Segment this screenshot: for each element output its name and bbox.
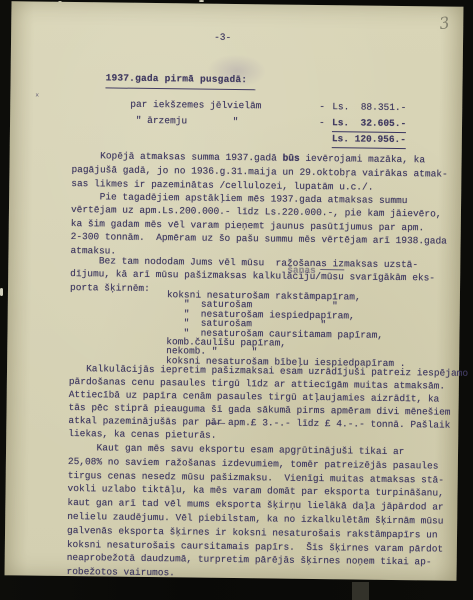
export-grades-list: koksni nesaturošam rakstāmpapīram, " sat…	[69, 289, 406, 368]
film-speck	[199, 0, 204, 2]
section-heading: 1937.gada pirmā pusgadā:	[105, 71, 255, 90]
body-paragraph-1: Kopējā atmaksas summa 1937.gadā būs ievē…	[71, 149, 448, 196]
body-paragraph-2: Pie tagadējiem apstākļiem mēs 1937.gada …	[70, 190, 447, 262]
ledger-row-2-amount: Ls. 32.605.-	[332, 116, 406, 133]
film-patch	[352, 582, 369, 600]
page-number: -3-	[214, 31, 231, 45]
ledger-row-2-label: " ārzemju "	[130, 114, 238, 129]
film-speck	[0, 288, 3, 296]
ink-speck: x	[35, 92, 39, 96]
overtype-ghost-word: šanas	[287, 264, 316, 278]
handwritten-sheet-number: 3	[438, 13, 451, 33]
ledger-row-1-label: par iekšzemes jēlvielām	[130, 98, 261, 114]
overtype-bold-word: būs	[283, 152, 300, 166]
document-page: -3- 3 x 1937.gada pirmā pusgadā: par iek…	[5, 1, 464, 580]
body-paragraph-4: Kalkulācijās iepretim pašizmaksai esam u…	[68, 362, 468, 445]
ledger-total-amount: Ls. 120.956.-	[332, 132, 406, 149]
ledger-row-2-dash: -	[319, 116, 325, 130]
body-paragraph-5: Kaut gan mēs savu eksportu esam apgŗūtin…	[66, 441, 444, 584]
ledger-row-1-amount: Ls. 88.351.-	[332, 100, 406, 115]
ledger-row-1-dash: -	[319, 100, 325, 114]
